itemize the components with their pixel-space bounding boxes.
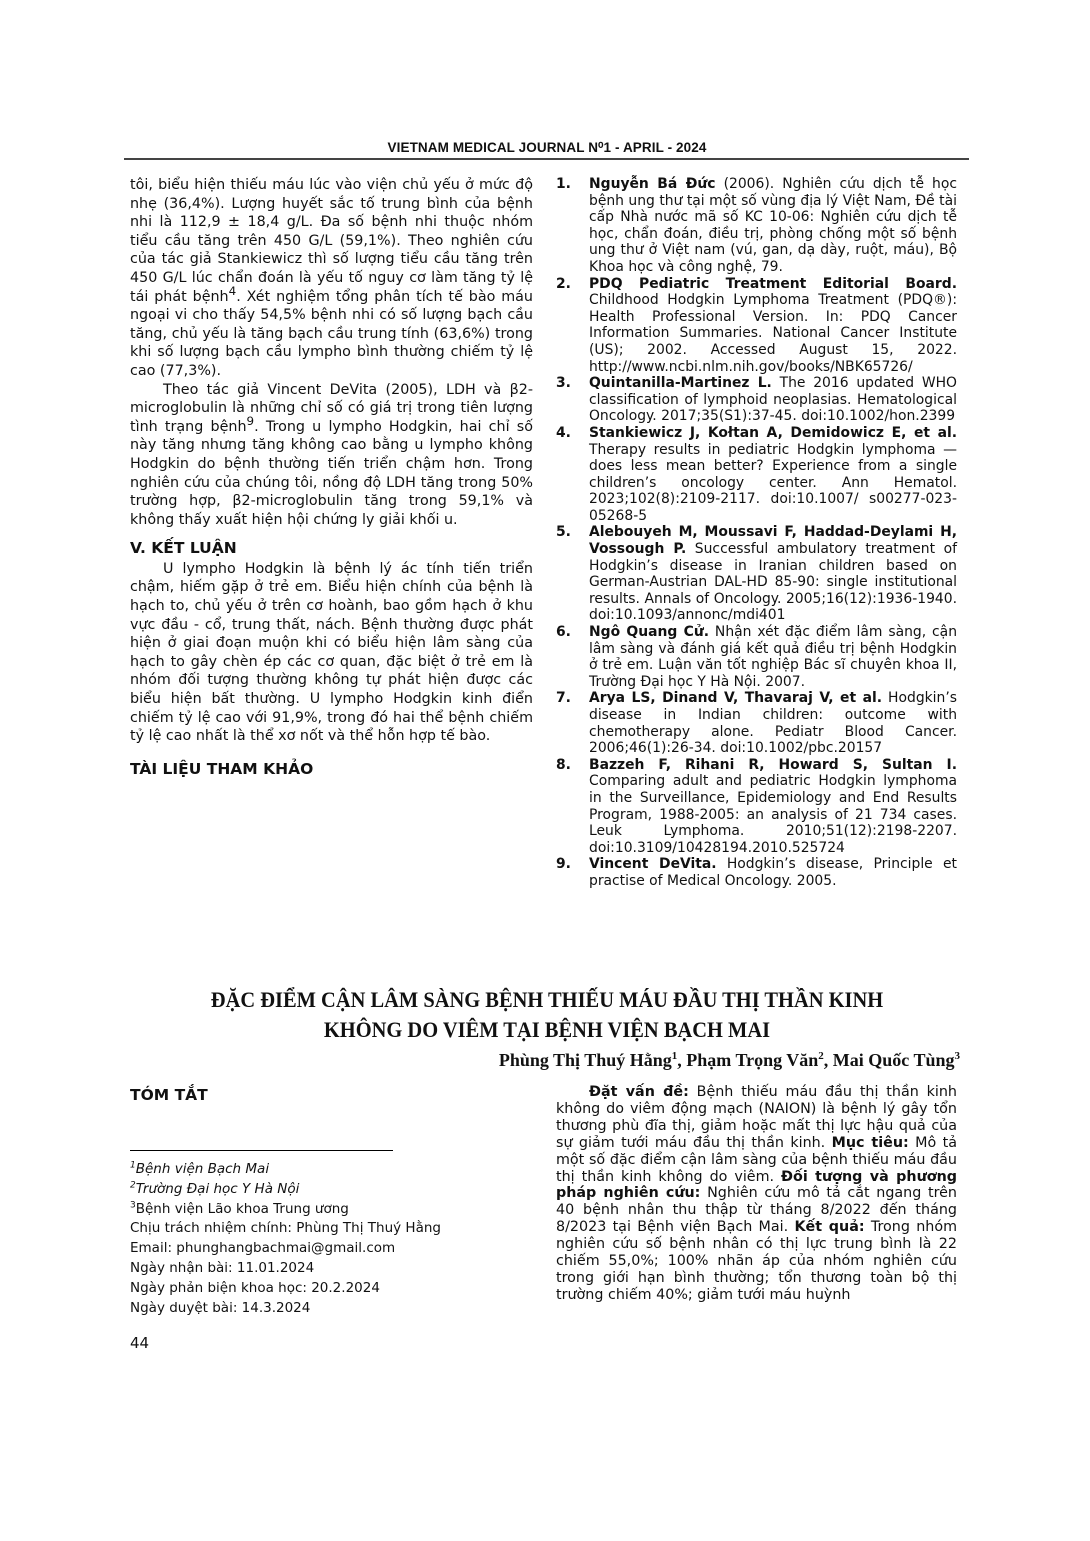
reference-number: 6.	[556, 624, 571, 641]
reference-number: 5.	[556, 524, 571, 541]
references-heading: TÀI LIỆU THAM KHẢO	[130, 760, 533, 779]
reference-text: Therapy results in pediatric Hodgkin lym…	[589, 442, 957, 524]
affiliation-text: Bệnh viện Bạch Mai	[136, 1161, 269, 1177]
reference-item: 6.Ngô Quang Cử. Nhận xét đặc điểm lâm sà…	[556, 624, 957, 690]
author-name: Phùng Thị Thuý Hằng	[499, 1050, 672, 1070]
abstract-label-objective: Mục tiêu:	[832, 1135, 909, 1151]
header-divider	[124, 158, 969, 160]
reference-number: 7.	[556, 690, 571, 707]
reference-list: 1.Nguyễn Bá Đức (2006). Nghiên cứu dịch …	[556, 176, 957, 890]
reference-authors: Ngô Quang Cử.	[589, 624, 709, 640]
reference-number: 1.	[556, 176, 571, 193]
reference-item: 2.PDQ Pediatric Treatment Editorial Boar…	[556, 276, 957, 376]
reference-authors: Nguyễn Bá Đức	[589, 176, 716, 192]
reference-authors: PDQ Pediatric Treatment Editorial Board.	[589, 276, 957, 292]
reference-number: 2.	[556, 276, 571, 293]
abstract-label-background: Đặt vấn đề:	[589, 1084, 689, 1100]
discussion-paragraph-1: tôi, biểu hiện thiếu máu lúc vào viện ch…	[130, 176, 533, 381]
reference-authors: Stankiewicz J, Kołtan A, Demidowicz E, e…	[589, 425, 957, 441]
reference-text: Childhood Hodgkin Lymphoma Treatment (PD…	[589, 292, 957, 374]
date-reviewed: Ngày phản biện khoa học: 20.2.2024	[130, 1279, 530, 1299]
reference-item: 4.Stankiewicz J, Kołtan A, Demidowicz E,…	[556, 425, 957, 525]
citation-sup: 9	[247, 414, 255, 428]
left-column: tôi, biểu hiện thiếu máu lúc vào viện ch…	[130, 176, 533, 780]
journal-header: VIETNAM MEDICAL JOURNAL N⁰1 - APRIL - 20…	[127, 140, 967, 156]
author-separator: ,	[824, 1050, 833, 1070]
references-column: 1.Nguyễn Bá Đức (2006). Nghiên cứu dịch …	[556, 176, 957, 890]
affiliation-2: 2Trường Đại học Y Hà Nội	[130, 1180, 530, 1200]
affiliation-3: 3Bệnh viện Lão khoa Trung ương	[130, 1200, 530, 1220]
reference-authors: Vincent DeVita.	[589, 856, 717, 872]
article-title-line-2: KHÔNG DO VIÊM TẠI BỆNH VIỆN BẠCH MAI	[156, 1015, 937, 1045]
reference-authors: Quintanilla-Martinez L.	[589, 375, 772, 391]
article-title-line-1: ĐẶC ĐIỂM CẬN LÂM SÀNG BỆNH THIẾU MÁU ĐẦU…	[156, 985, 937, 1015]
reference-text: Comparing adult and pediatric Hodgkin ly…	[589, 773, 957, 855]
affiliation-text: Bệnh viện Lão khoa Trung ương	[136, 1201, 349, 1217]
paragraph-text: tôi, biểu hiện thiếu máu lúc vào viện ch…	[130, 177, 533, 305]
reference-item: 1.Nguyễn Bá Đức (2006). Nghiên cứu dịch …	[556, 176, 957, 276]
reference-authors: Bazzeh F, Rihani R, Howard S, Sultan I.	[589, 757, 957, 773]
affiliation-text: Trường Đại học Y Hà Nội	[136, 1181, 300, 1197]
article-title: ĐẶC ĐIỂM CẬN LÂM SÀNG BỆNH THIẾU MÁU ĐẦU…	[156, 985, 937, 1045]
reference-number: 8.	[556, 757, 571, 774]
date-approved: Ngày duyệt bài: 14.3.2024	[130, 1299, 530, 1319]
conclusion-paragraph: U lympho Hodgkin là bệnh lý ác tính tiến…	[130, 560, 533, 746]
reference-item: 7.Arya LS, Dinand V, Thavaraj V, et al. …	[556, 690, 957, 756]
reference-number: 3.	[556, 375, 571, 392]
abstract-heading: TÓM TẮT	[130, 1086, 208, 1104]
reference-item: 5.Alebouyeh M, Moussavi F, Haddad-Deylam…	[556, 524, 957, 624]
author-name: Phạm Trọng Văn	[686, 1050, 818, 1070]
author-name: Mai Quốc Tùng	[833, 1050, 955, 1070]
corresponding-email: Email: phunghangbachmai@gmail.com	[130, 1239, 530, 1259]
footnotes: 1Bệnh viện Bạch Mai 2Trường Đại học Y Hà…	[130, 1160, 530, 1318]
footnote-divider	[130, 1150, 393, 1151]
page-number: 44	[130, 1334, 149, 1352]
reference-number: 9.	[556, 856, 571, 873]
article-authors: Phùng Thị Thuý Hằng1, Phạm Trọng Văn2, M…	[499, 1050, 960, 1071]
abstract-label-results: Kết quả:	[794, 1219, 864, 1235]
abstract-body: Đặt vấn đề: Bệnh thiếu máu đầu thị thần …	[556, 1084, 957, 1304]
reference-number: 4.	[556, 425, 571, 442]
journal-page: VIETNAM MEDICAL JOURNAL N⁰1 - APRIL - 20…	[0, 0, 1090, 1541]
corresponding-author: Chịu trách nhiệm chính: Phùng Thị Thuý H…	[130, 1219, 530, 1239]
author-separator: ,	[677, 1050, 686, 1070]
author-affiliation-sup: 3	[955, 1050, 961, 1062]
discussion-paragraph-2: Theo tác giả Vincent DeVita (2005), LDH …	[130, 381, 533, 530]
reference-item: 8.Bazzeh F, Rihani R, Howard S, Sultan I…	[556, 757, 957, 857]
paragraph-text: . Trong u lympho Hodgkin, hai chỉ số này…	[130, 419, 533, 528]
date-received: Ngày nhận bài: 11.01.2024	[130, 1259, 530, 1279]
affiliation-1: 1Bệnh viện Bạch Mai	[130, 1160, 530, 1180]
reference-authors: Arya LS, Dinand V, Thavaraj V, et al.	[589, 690, 882, 706]
conclusion-heading: V. KẾT LUẬN	[130, 539, 533, 558]
reference-item: 9.Vincent DeVita. Hodgkin’s disease, Pri…	[556, 856, 957, 889]
reference-item: 3.Quintanilla-Martinez L. The 2016 updat…	[556, 375, 957, 425]
